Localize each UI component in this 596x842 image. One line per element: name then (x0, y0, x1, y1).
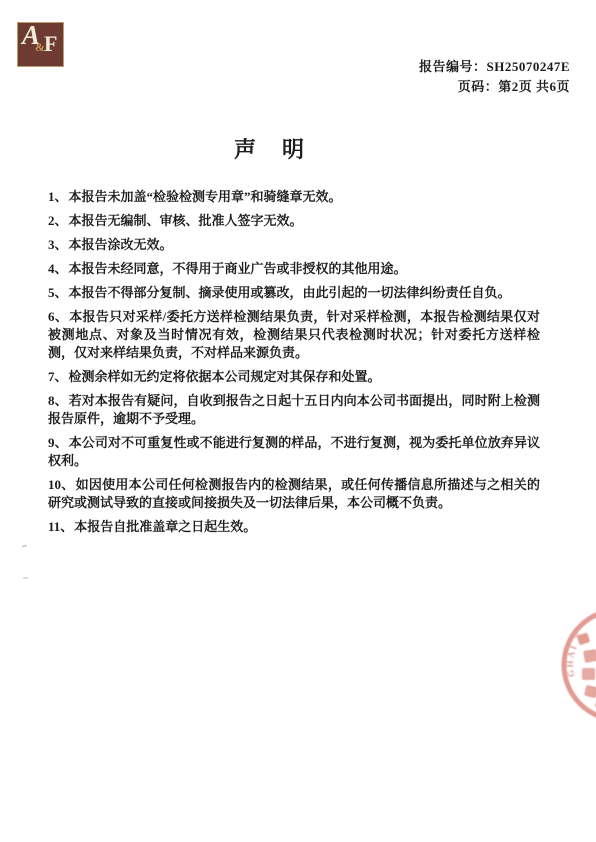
statement-text: 本报告自批准盖章之日起生效。 (74, 519, 256, 534)
page-number-line: 页码：第2页 共6页 (419, 77, 570, 97)
statement-text: 本报告无编制、审核、批准人签字无效。 (69, 213, 303, 228)
statement-item: 10、如因使用本公司任何检测报告内的检测结果，或任何传播信息所描述与之相关的研究… (48, 476, 540, 512)
statement-number: 10、 (48, 477, 75, 492)
statement-text: 本公司对不可重复性或不能进行复测的样品，不进行复测，视为委托单位放弃异议权利。 (48, 435, 540, 468)
statement-number: 4、 (48, 261, 68, 276)
page-number-label: 页码： (458, 79, 499, 94)
scan-speck (22, 545, 27, 548)
report-number-label: 报告编号： (419, 59, 487, 74)
page-title: 声 明 (0, 133, 540, 164)
seal-graphic: GHAI T (558, 604, 596, 726)
statement-item: 1、本报告未加盖“检验检测专用章”和骑缝章无效。 (48, 188, 540, 206)
statement-number: 7、 (48, 369, 68, 384)
statement-text: 本报告未加盖“检验检测专用章”和骑缝章无效。 (69, 189, 342, 204)
logo-letter-f: F (44, 31, 57, 57)
statement-number: 8、 (48, 393, 68, 408)
statement-item: 7、检测余样如无约定将依据本公司规定对其保存和处置。 (48, 368, 540, 386)
statement-item: 9、本公司对不可重复性或不能进行复测的样品，不进行复测，视为委托单位放弃异议权利… (48, 434, 540, 470)
statement-number: 5、 (48, 285, 68, 300)
statement-text: 检测余样如无约定将依据本公司规定对其保存和处置。 (69, 369, 381, 384)
report-number-value: SH25070247E (486, 59, 570, 74)
statement-text: 如因使用本公司任何检测报告内的检测结果，或任何传播信息所描述与之相关的研究或测试… (48, 477, 540, 510)
statement-item: 3、本报告涂改无效。 (48, 236, 540, 254)
statement-item: 6、本报告只对采样/委托方送样检测结果负责，针对采样检测，本报告检测结果仅对被测… (48, 308, 540, 362)
report-number-line: 报告编号：SH25070247E (419, 57, 570, 77)
statement-number: 6、 (48, 309, 68, 324)
page-number-value: 第2页 共6页 (498, 79, 570, 94)
statement-number: 9、 (48, 435, 68, 450)
report-meta: 报告编号：SH25070247E 页码：第2页 共6页 (419, 57, 570, 97)
statement-number: 1、 (48, 189, 68, 204)
company-logo: A & F (17, 22, 64, 67)
statement-text: 本报告只对采样/委托方送样检测结果负责，针对采样检测，本报告检测结果仅对被测地点… (48, 309, 540, 360)
statement-number: 3、 (48, 237, 68, 252)
report-page: A & F 报告编号：SH25070247E 页码：第2页 共6页 声 明 1、… (0, 0, 596, 842)
statement-text: 本报告未经同意，不得用于商业广告或非授权的其他用途。 (69, 261, 407, 276)
statement-item: 4、本报告未经同意，不得用于商业广告或非授权的其他用途。 (48, 260, 540, 278)
statement-text: 本报告涂改无效。 (69, 237, 173, 252)
statement-item: 11、本报告自批准盖章之日起生效。 (48, 518, 540, 536)
statement-number: 2、 (48, 213, 68, 228)
statements-list: 1、本报告未加盖“检验检测专用章”和骑缝章无效。2、本报告无编制、审核、批准人签… (48, 188, 540, 542)
statement-number: 11、 (48, 519, 73, 534)
statement-item: 2、本报告无编制、审核、批准人签字无效。 (48, 212, 540, 230)
statement-text: 若对本报告有疑问，自收到报告之日起十五日内向本公司书面提出，同时附上检测报告原件… (48, 393, 540, 426)
statement-item: 5、本报告不得部分复制、摘录使用或篡改，由此引起的一切法律纠纷责任自负。 (48, 284, 540, 302)
official-seal-stamp: GHAI T (558, 604, 596, 726)
statement-text: 本报告不得部分复制、摘录使用或篡改，由此引起的一切法律纠纷责任自负。 (69, 285, 511, 300)
statement-item: 8、若对本报告有疑问，自收到报告之日起十五日内向本公司书面提出，同时附上检测报告… (48, 392, 540, 428)
scan-speck (23, 577, 28, 579)
